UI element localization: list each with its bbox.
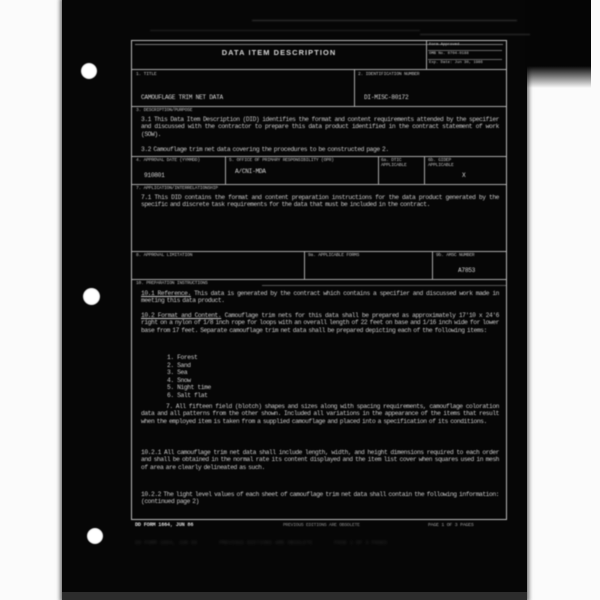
title-label: 1. TITLE	[136, 72, 156, 77]
preparation-instructions-label: 10. PREPARATION INSTRUCTIONS	[136, 281, 208, 286]
paragraph-10-2-2: 10.2.2 The light level values of each sh…	[141, 491, 499, 506]
dtic-applicable-label: 6a. DTIC APPLICABLE	[381, 158, 423, 168]
form-scan-layer: DATA ITEM DESCRIPTION Form Approved OMB …	[0, 0, 600, 600]
paragraph-10-2-1: 10.2.1 All camouflage trim net data shal…	[141, 449, 499, 471]
scanned-document: DATA ITEM DESCRIPTION Form Approved OMB …	[0, 0, 600, 600]
scan-streak	[150, 30, 420, 31]
title-value: CAMOUFLAGE TRIM NET DATA	[141, 94, 223, 101]
scan-streak	[252, 20, 517, 21]
rule	[132, 69, 506, 70]
rule	[432, 251, 433, 279]
paragraph-10-2: 10.2 Format and Content. Camouflage trim…	[141, 312, 499, 334]
list-item: 6. Salt flat	[167, 392, 211, 400]
paragraph-3-1: 3.1 This Data Item Description (DID) ide…	[141, 116, 499, 138]
previous-editions-note: PREVIOUS EDITIONS ARE OBSOLETE	[283, 523, 360, 528]
identification-number-value: DI-MISC-80172	[364, 94, 408, 101]
opr-value: A/CNI-MDA	[235, 168, 266, 175]
page-number: PAGE 1 OF 3 PAGES	[428, 523, 474, 528]
form-number: DD FORM 1664, JUN 86	[135, 522, 193, 528]
gidep-applicable-value: X	[462, 172, 465, 179]
list-item: 1. Forest	[167, 354, 211, 362]
applicable-forms-label: 9a. APPLICABLE FORMS	[308, 253, 359, 258]
rule	[304, 251, 305, 279]
rule	[428, 50, 502, 51]
identification-number-label: 2. IDENTIFICATION NUMBER	[358, 72, 419, 77]
approval-date-label: 4. APPROVAL DATE (YYMMDD)	[136, 158, 216, 163]
paragraph-10-1-lead: 10.1 Reference.	[141, 290, 191, 297]
amsc-number-value: A7853	[458, 267, 475, 274]
list-item: 5. Night time	[167, 384, 211, 392]
gidep-applicable-label: 6b. GIDEP APPLICABLE	[428, 158, 478, 168]
scan-streak	[420, 34, 530, 35]
ghost-editions-note: PREVIOUS EDITIONS ARE OBSOLETE	[219, 540, 312, 546]
expiration-date: Exp. Date: Jun 30, 1986	[429, 61, 483, 65]
ghost-page-number: PAGE 1 OF 3 PAGES	[334, 540, 387, 546]
opr-label: 5. OFFICE OF PRIMARY RESPONSIBILITY (OPR…	[229, 158, 334, 163]
rule	[225, 156, 226, 184]
omb-number: OMB No. 0704-0188	[429, 52, 469, 56]
approval-limitation-label: 8. APPROVAL LIMITATION	[136, 253, 192, 258]
rule	[354, 69, 355, 106]
list-item: 4. Snow	[167, 377, 211, 385]
paragraph-10-1-text: This data is generated by the contract w…	[141, 290, 499, 304]
paragraph-7-1: 7.1 This DID contains the format and con…	[141, 194, 499, 209]
paragraph-10-2-lead: 10.2 Format and Content.	[141, 312, 221, 319]
dd-form-1664: DATA ITEM DESCRIPTION Form Approved OMB …	[131, 40, 507, 520]
rule	[132, 279, 506, 280]
rule	[262, 285, 506, 286]
paragraph-3-2: 3.2 Camouflage trim net data covering th…	[141, 146, 499, 153]
form-approved-line: Form Approved	[429, 43, 459, 47]
list-item: 3. Sea	[167, 369, 211, 377]
list-item: 2. Sand	[167, 362, 211, 370]
rule	[132, 184, 506, 185]
approval-date-value: 910801	[144, 172, 164, 179]
rule	[132, 156, 506, 157]
rule	[424, 156, 425, 184]
bleed-through-text: DD FORM 1664, JUN 86 PREVIOUS EDITIONS A…	[135, 540, 505, 546]
rule	[378, 156, 379, 184]
amsc-number-label: 9b. AMSC NUMBER	[436, 253, 474, 258]
application-interrelationship-label: 7. APPLICATION/INTERRELATIONSHIP	[136, 186, 218, 191]
camouflage-type-list: 1. Forest 2. Sand 3. Sea 4. Snow 5. Nigh…	[167, 354, 211, 400]
ghost-form-number: DD FORM 1664, JUN 86	[135, 540, 197, 546]
rule	[132, 251, 506, 252]
rule	[428, 59, 502, 60]
form-title: DATA ITEM DESCRIPTION	[132, 48, 426, 57]
description-purpose-label: 3. DESCRIPTION/PURPOSE	[136, 108, 192, 113]
paragraph-10-1: 10.1 Reference. This data is generated b…	[141, 290, 499, 305]
form-approved-block: Form Approved OMB No. 0704-0188 Exp. Dat…	[426, 41, 505, 69]
list-item-7-paragraph: 7. All fifteen field (blotch) shapes and…	[141, 403, 499, 425]
rule	[132, 106, 506, 107]
